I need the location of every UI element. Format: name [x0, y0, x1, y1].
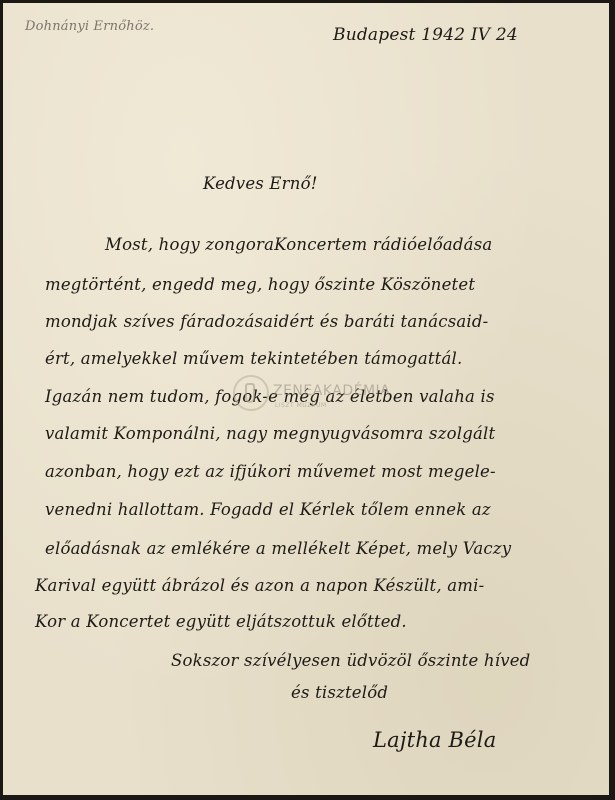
- body-line-2: megtörtént, engedd meg, hogy őszinte Kös…: [45, 275, 475, 294]
- pencil-annotation: Dohnányi Ernőhöz.: [25, 19, 154, 34]
- body-line-6: valamit Komponálni, nagy megnyugvásomra …: [45, 424, 495, 443]
- signature: Lajtha Béla: [373, 728, 496, 752]
- museum-watermark: ZENEAKADÉMIA LISZT MÚZEUM: [233, 375, 393, 415]
- watermark-subtitle: LISZT MÚZEUM: [275, 402, 327, 409]
- body-line-4: ért, amelyekkel művem tekintetében támog…: [45, 349, 462, 368]
- lyre-seal-icon: [233, 375, 269, 411]
- body-line-7: azonban, hogy ezt az ifjúkori művemet mo…: [45, 462, 496, 481]
- body-line-1: Most, hogy zongoraKoncertem rádióelőadás…: [105, 235, 492, 254]
- body-line-8: venedni hallottam. Fogadd el Kérlek tőle…: [45, 500, 491, 519]
- place-date: Budapest 1942 IV 24: [333, 25, 518, 45]
- watermark-title: ZENEAKADÉMIA: [273, 383, 390, 399]
- closing-line: Sokszor szívélyesen üdvözöl őszinte híve…: [171, 651, 530, 670]
- body-line-9: előadásnak az emlékére a mellékelt Képet…: [45, 539, 511, 558]
- closing-line-2: és tisztelőd: [291, 683, 388, 702]
- salutation: Kedves Ernő!: [203, 174, 318, 193]
- body-line-3: mondjak szíves fáradozásaidért és baráti…: [45, 312, 488, 331]
- body-line-11: Kor a Koncertet együtt eljátszottuk előt…: [35, 612, 407, 631]
- body-line-10: Karival együtt ábrázol és azon a napon K…: [35, 576, 484, 595]
- letter-paper: Dohnányi Ernőhöz. Budapest 1942 IV 24 Ke…: [3, 3, 609, 795]
